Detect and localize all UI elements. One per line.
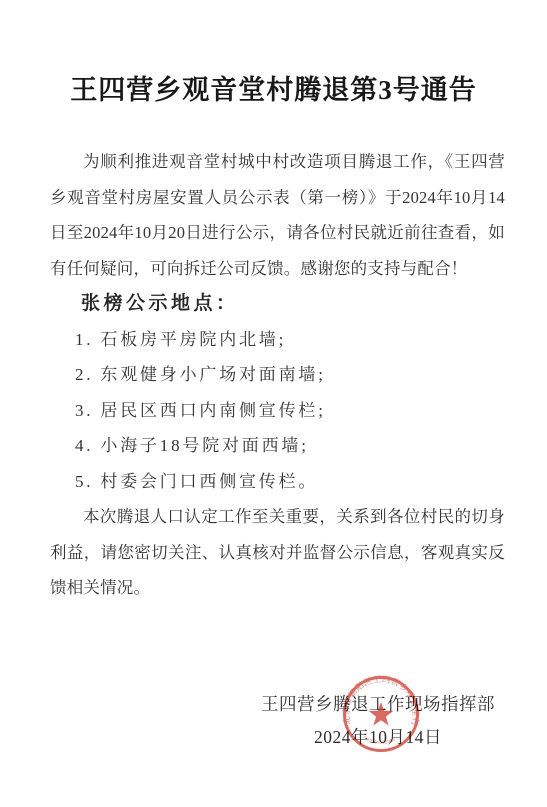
location-item: 2. 东观健身小广场对面南墙; <box>50 357 505 393</box>
notice-document: 王四营乡观音堂村腾退第3号通告 为顺利推进观音堂村城中村改造项目腾退工作，《王四… <box>0 0 547 807</box>
signature-date: 2024年10月14日 <box>261 721 495 754</box>
location-item: 4. 小海子18号院对面西墙; <box>50 428 505 464</box>
signature-block: 王四营乡腾退工作现场指挥部 2024年10月14日 <box>50 688 505 756</box>
location-item: 1. 石板房平房院内北墙; <box>50 322 505 358</box>
closing-paragraph: 本次腾退人口认定工作至关重要，关系到各位村民的切身利益，请您密切关注、认真核对并… <box>50 499 505 606</box>
notice-title: 王四营乡观音堂村腾退第3号通告 <box>20 70 527 110</box>
signature-org: 王四营乡腾退工作现场指挥部 <box>261 688 495 721</box>
location-item: 3. 居民区西口内南侧宣传栏; <box>50 393 505 429</box>
notice-body: 为顺利推进观音堂村城中村改造项目腾退工作，《王四营乡观音堂村房屋安置人员公示表（… <box>50 144 505 755</box>
intro-paragraph: 为顺利推进观音堂村城中村改造项目腾退工作，《王四营乡观音堂村房屋安置人员公示表（… <box>50 144 505 286</box>
locations-heading: 张榜公示地点： <box>50 286 505 322</box>
location-item: 5. 村委会门口西侧宣传栏。 <box>50 464 505 500</box>
signature-inner: 王四营乡腾退工作现场指挥部 2024年10月14日 <box>261 688 495 754</box>
